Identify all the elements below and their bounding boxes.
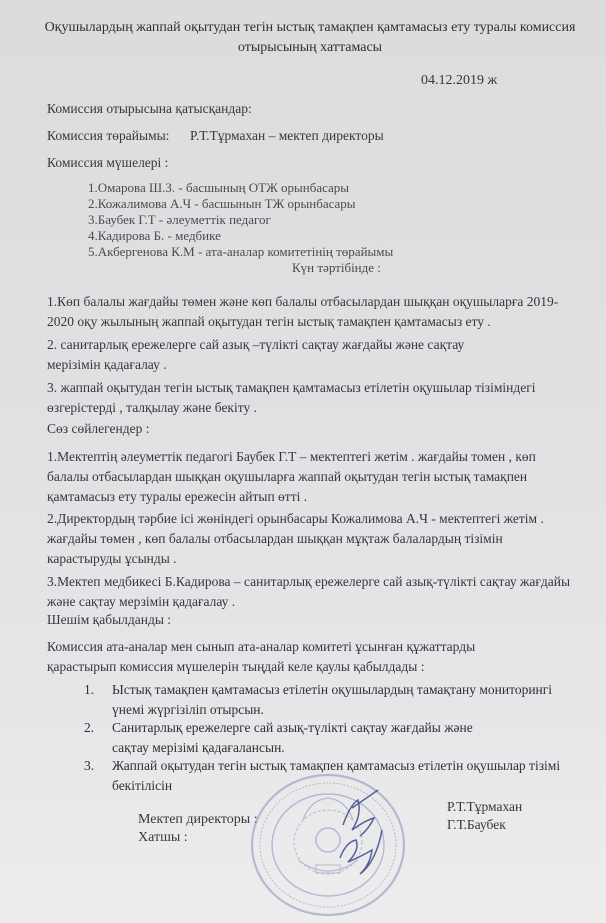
chair-label: Комиссия төрайымы: <box>47 128 169 144</box>
speakers-heading: Сөз сөйлегендер : <box>47 421 149 437</box>
member-item: 5.Акбергенова К.М - ата-аналар комитетін… <box>88 244 393 261</box>
document-title-line2: отырысының хаттамасы <box>20 38 600 58</box>
agenda-item: 3. жаппай оқытудан тегін ыстық тамақпен … <box>47 378 547 418</box>
speaker-item: 3.Мектеп медбикесі Б.Кадирова – санитарл… <box>47 572 592 612</box>
agenda-item: 1.Көп балалы жағдайы төмен және көп бала… <box>47 292 577 332</box>
director-label: Мектеп директоры : <box>138 812 258 828</box>
speaker-item: 1.Мектептің әлеуметтік педагогі Баубек Г… <box>47 447 572 507</box>
member-item: 4.Кадирова Б. - медбике <box>88 228 221 245</box>
decision-text: Ыстық тамақпен қамтамасыз етілетін оқушы… <box>112 682 552 717</box>
decision-number: 2. <box>84 718 94 738</box>
document-date: 04.12.2019 ж <box>421 73 497 89</box>
document-page: Оқушылардың жаппай оқытудан тегін ыстық … <box>0 0 606 923</box>
decision-intro: Комиссия ата-аналар мен сынып ата-аналар… <box>47 637 537 677</box>
secretary-name: Г.Т.Баубек <box>447 817 506 833</box>
decision-item: 1. Ыстық тамақпен қамтамасыз етілетін оқ… <box>112 680 572 720</box>
members-heading: Комиссия мүшелері : <box>47 155 168 171</box>
participants-heading: Комиссия отырысына қатысқандар: <box>47 101 252 117</box>
decision-text: Санитарлық ережелерге сай азық-түлікті с… <box>112 720 473 755</box>
member-item: 1.Омарова Ш.З. - басшының ОТЖ орынбасары <box>88 180 349 197</box>
agenda-heading: Күн тәртібінде : <box>292 260 381 277</box>
agenda-item: 2. санитарлық ережелерге сай азық –түлік… <box>47 335 487 375</box>
secretary-label: Хатшы : <box>138 830 188 846</box>
chair-value: Р.Т.Тұрмахан – мектеп директоры <box>190 128 384 144</box>
decision-number: 3. <box>84 756 94 776</box>
decision-text: Жаппай оқытудан тегін ыстық тамақпен қам… <box>112 758 560 793</box>
director-name: Р.Т.Тұрмахан <box>447 799 522 815</box>
decision-heading: Шешім қабылданды : <box>47 612 171 628</box>
document-title-line1: Оқушылардың жаппай оқытудан тегін ыстық … <box>20 18 600 38</box>
decision-number: 1. <box>84 680 94 700</box>
member-item: 3.Баубек Г.Т - әлеуметтік педагог <box>88 212 271 229</box>
speaker-item: 2.Директордың тәрбие ісі жөніндегі орынб… <box>47 509 557 569</box>
signature-icon <box>340 790 382 874</box>
decision-item: 3. Жаппай оқытудан тегін ыстық тамақпен … <box>112 756 562 796</box>
decision-item: 2. Санитарлық ережелерге сай азық-түлікт… <box>112 718 512 758</box>
member-item: 2.Кожалимова А.Ч - басшынын ТЖ орынбасар… <box>88 196 356 213</box>
